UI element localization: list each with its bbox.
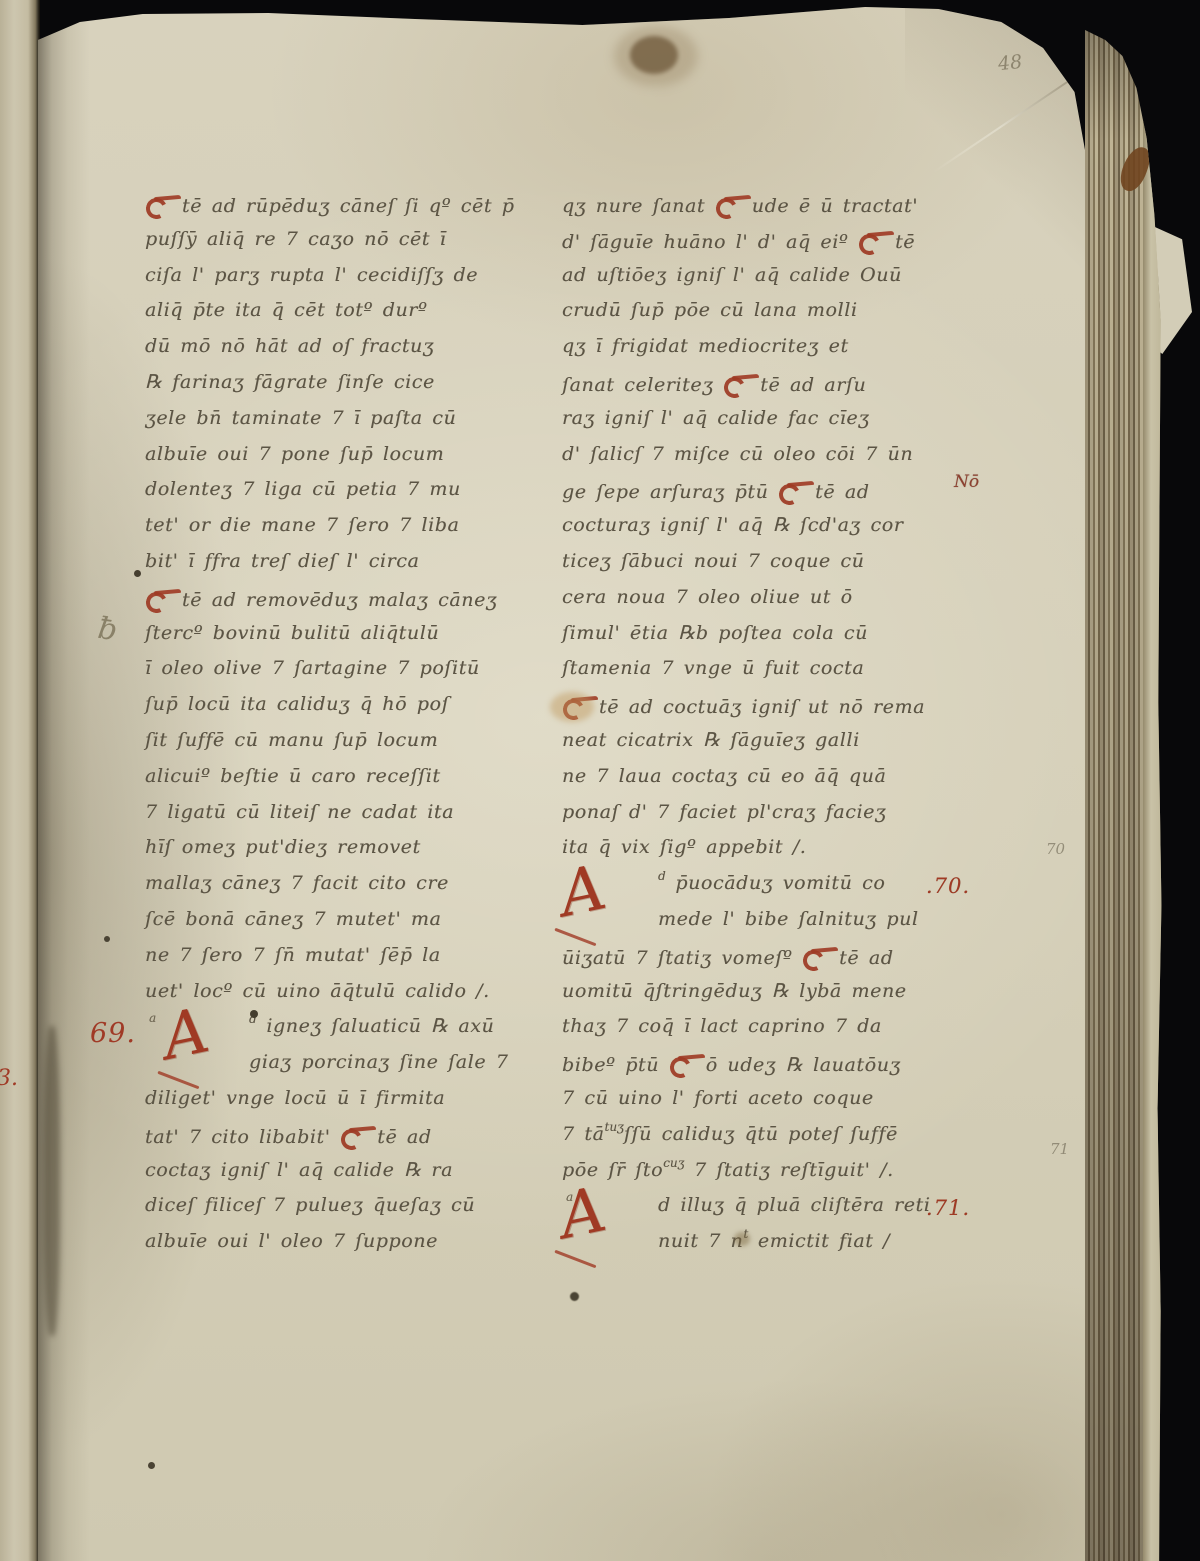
folio-number: 48 xyxy=(997,51,1023,75)
script-text: ad uſtiōeʒ igniſ l' aq̄ calide Ouū xyxy=(562,264,902,286)
script-text: ſup̄ locū ita caliduʒ q̄ hō poſ xyxy=(145,693,449,715)
script-text: d' ſāguīe huāno l' d' aq̄ eiº xyxy=(562,231,858,253)
script-text: tē ad rūpēduʒ cāneſ ſi qº cēt p̄ xyxy=(182,195,514,217)
manuscript-line: alicuiº beſtie ū caro receſſit xyxy=(145,765,549,801)
manuscript-line: dū mō nō hāt ad oſ fractuʒ xyxy=(145,335,549,371)
manuscript-line: ad uſtiōeʒ igniſ l' aq̄ calide Ouū xyxy=(562,264,976,300)
script-text: tē ad xyxy=(815,481,869,503)
rubric-paragraph-mark xyxy=(802,944,838,968)
manuscript-line: bit' ī ffra treſ dieſ l' circa xyxy=(145,550,549,586)
worm-hole xyxy=(104,936,110,942)
script-text: tē ad coctuāʒ igniſ ut nō rema xyxy=(599,696,925,718)
manuscript-line: cocturaʒ igniſ l' aq̄ ℞ ſcd'aʒ cor xyxy=(562,514,976,550)
rubric-paragraph-mark xyxy=(340,1123,376,1147)
script-text: tet' or die mane 7 ſero 7 liba xyxy=(145,514,459,536)
text-column-right: qʒ nure ſanat ude ē ū tractat'd' ſāguīe … xyxy=(562,192,976,1266)
script-text: ticeʒ ſābuci noui 7 coque cū xyxy=(562,550,864,572)
manuscript-line: aAd illuʒ q̄ pluā cliſtēra reti.71. xyxy=(562,1194,976,1230)
manuscript-line: qʒ nure ſanat ude ē ū tractat' xyxy=(562,192,976,228)
worm-hole xyxy=(148,1462,155,1469)
script-text: qʒ nure ſanat xyxy=(562,195,715,217)
manuscript-line: dolenteʒ 7 liga cū petia 7 mu xyxy=(145,478,549,514)
script-text: neat cicatrix ℞ ſāguīeʒ galli xyxy=(562,729,860,751)
manuscript-line: ſit ſuffē cū manu ſup̄ locum xyxy=(145,729,549,765)
script-text: tē ad removēduʒ malaʒ cāneʒ xyxy=(182,589,497,611)
script-text: ſtamenia 7 vnge ū fuit cocta xyxy=(562,657,864,679)
script-text: p̄uocāduʒ vomitū co xyxy=(666,872,886,894)
rubric-paragraph-mark xyxy=(145,192,181,216)
manuscript-line: mallaʒ cāneʒ 7 facit cito cre xyxy=(145,872,549,908)
script-text: thaʒ 7 coq̄ ī lact caprino 7 da xyxy=(562,1015,882,1037)
manuscript-line: ſanat celeriteʒ tē ad arſu xyxy=(562,371,976,407)
script-text: cera noua 7 oleo oliue ut ō xyxy=(562,586,853,608)
manuscript-line: qʒ ī frigidat mediocriteʒ et xyxy=(562,335,976,371)
script-text: tat' 7 cito libabit' xyxy=(145,1126,340,1148)
manuscript-line: d' ſāguīe huāno l' d' aq̄ eiº tē xyxy=(562,228,976,264)
rubric-paragraph-mark xyxy=(858,228,894,252)
manuscript-line: tat' 7 cito libabit' tē ad xyxy=(145,1123,549,1159)
manuscript-line: ſcē bonā cāneʒ 7 mutet' ma xyxy=(145,908,549,944)
script-text: tē ad xyxy=(377,1126,431,1148)
manuscript-line: ſtercº bovinū bulitū aliq̄tulū xyxy=(145,622,549,658)
script-text: diliget' vnge locū ū ī firmita xyxy=(145,1087,445,1109)
rubric-paragraph-mark xyxy=(715,192,751,216)
script-text: ūiʒatū 7 ſtatiʒ vomeſº xyxy=(562,947,802,969)
script-text: puſſȳ aliq̄ re 7 caʒo nō cēt ī xyxy=(145,228,446,250)
manuscript-line: ponaſ d' 7 faciet pl'craʒ facieʒ xyxy=(562,801,976,837)
script-text: albuīe oui 7 pone ſup̄ locum xyxy=(145,443,444,465)
script-text: diceſ filiceſ 7 pulueʒ q̄ueſaʒ cū xyxy=(145,1194,475,1216)
script-text: ge ſepe arſuraʒ p̄tū xyxy=(562,481,778,503)
manuscript-line: 7 ligatū cū liteiſ ne cadat ita xyxy=(145,801,549,837)
script-text: ō udeʒ ℞ lauatōuʒ xyxy=(706,1054,901,1076)
script-text: giaʒ porcinaʒ ſine ſale 7 xyxy=(249,1051,509,1073)
manuscript-line: pōe ſr̄ ſtocuʒ 7 ſtatiʒ reſtīguit' /. xyxy=(562,1159,976,1195)
script-text: aliq̄ p̄te ita q̄ cēt totº durº xyxy=(145,299,428,321)
manuscript-line: ita q̄ vix ſigº appebit /. xyxy=(562,836,976,872)
facing-red-mark: 3. xyxy=(0,1066,18,1091)
script-text: ʒele bn̄ taminate 7 ī paſta cū xyxy=(145,407,456,429)
manuscript-line: ſtamenia 7 vnge ū fuit cocta xyxy=(562,657,976,693)
manuscript-line: albuīe oui 7 pone ſup̄ locum xyxy=(145,443,549,479)
rubric-paragraph-mark xyxy=(723,371,759,395)
manuscript-line: nuit 7 nt emictit fiat / xyxy=(562,1230,976,1266)
script-text: emictit fiat / xyxy=(748,1230,890,1252)
script-text: dū mō nō hāt ad oſ fractuʒ xyxy=(145,335,434,357)
script-text: ſit ſuffē cū manu ſup̄ locum xyxy=(145,729,438,751)
manuscript-line: 7 tātuʒſſū caliduʒ q̄tū poteſ ſuffē xyxy=(562,1123,976,1159)
superscript-abbreviation: d xyxy=(658,869,666,883)
script-text: ſanat celeriteʒ xyxy=(562,374,723,396)
script-text: ita q̄ vix ſigº appebit /. xyxy=(562,836,806,858)
rubric-paragraph-mark xyxy=(669,1051,705,1075)
script-text: ciſa l' parʒ rupta l' cecidiſſʒ de xyxy=(145,264,478,286)
small-stain xyxy=(734,1232,750,1246)
superscript-abbreviation: cuʒ xyxy=(663,1156,684,1170)
manuscript-line: coctaʒ igniſ l' aq̄ calide ℞ ra xyxy=(145,1159,549,1195)
stain-halo xyxy=(614,26,698,86)
script-text: ſcē bonā cāneʒ 7 mutet' ma xyxy=(145,908,441,930)
script-text: ī oleo olive 7 ſartagine 7 poſitū xyxy=(145,657,480,679)
manuscript-line: ʒele bn̄ taminate 7 ī paſta cū xyxy=(145,407,549,443)
rubric-paragraph-mark xyxy=(145,586,181,610)
manuscript-line: ne 7 ſero 7 ſn̄ mutat' ſēp̄ la xyxy=(145,944,549,980)
script-text: uomitū q̄ſtringēduʒ ℞ lybā mene xyxy=(562,980,907,1002)
script-text: hīſ omeʒ put'dieʒ removet xyxy=(145,836,421,858)
manuscript-line: cera noua 7 oleo oliue ut ō xyxy=(562,586,976,622)
script-text: d' ſalicſ 7 miſce cū oleo cōi 7 ūn xyxy=(562,443,913,465)
manuscript-line: ne 7 laua coctaʒ cū eo āq̄ quā xyxy=(562,765,976,801)
manuscript-line: ge ſepe arſuraʒ p̄tū tē ad xyxy=(562,478,976,514)
script-text: bibeº p̄tū xyxy=(562,1054,669,1076)
tan-stain xyxy=(550,692,594,722)
script-text: 7 ſtatiʒ reſtīguit' /. xyxy=(684,1159,893,1181)
pencil-folio-71: 71 xyxy=(1050,1140,1069,1158)
manuscript-line: giaʒ porcinaʒ ſine ſale 7 xyxy=(145,1051,549,1087)
manuscript-line: d' ſalicſ 7 miſce cū oleo cōi 7 ūn xyxy=(562,443,976,479)
script-text: ne 7 laua coctaʒ cū eo āq̄ quā xyxy=(562,765,886,787)
script-text: ne 7 ſero 7 ſn̄ mutat' ſēp̄ la xyxy=(145,944,441,966)
script-text: qʒ ī frigidat mediocriteʒ et xyxy=(562,335,849,357)
worm-hole xyxy=(570,1292,579,1301)
script-text: tē xyxy=(895,231,915,253)
script-text: alicuiº beſtie ū caro receſſit xyxy=(145,765,441,787)
manuscript-line: puſſȳ aliq̄ re 7 caʒo nō cēt ī xyxy=(145,228,549,264)
script-text: mede l' bibe ſalnituʒ pul xyxy=(658,908,919,930)
manuscript-line: thaʒ 7 coq̄ ī lact caprino 7 da xyxy=(562,1015,976,1051)
pencil-folio-70: 70 xyxy=(1046,840,1065,858)
manuscript-photo: 3. 48 ƀ 69. Nō 70 71 tē ad rūpēduʒ cāneſ… xyxy=(0,0,1200,1561)
manuscript-line: bibeº p̄tū ō udeʒ ℞ lauatōuʒ xyxy=(562,1051,976,1087)
script-text: nuit 7 n xyxy=(658,1230,743,1252)
text-column-left: tē ad rūpēduʒ cāneſ ſi qº cēt p̄puſſȳ al… xyxy=(145,192,549,1266)
manuscript-line: neat cicatrix ℞ ſāguīeʒ galli xyxy=(562,729,976,765)
manuscript-line: ticeʒ ſābuci noui 7 coque cū xyxy=(562,550,976,586)
manuscript-line: albuīe oui l' oleo 7 ſuppone xyxy=(145,1230,549,1266)
script-text: cocturaʒ igniſ l' aq̄ ℞ ſcd'aʒ cor xyxy=(562,514,903,536)
script-text: tē ad arſu xyxy=(760,374,866,396)
manuscript-line: tē ad coctuāʒ igniſ ut nō rema xyxy=(562,693,976,729)
manuscript-line: 7 cū uino l' forti aceto coque xyxy=(562,1087,976,1123)
manuscript-line: ℞ farinaʒ fāgrate ſinſe cice xyxy=(145,371,549,407)
manuscript-page: 48 ƀ 69. Nō 70 71 tē ad rūpēduʒ cāneſ ſi… xyxy=(38,0,1085,1561)
superscript-abbreviation: tuʒ xyxy=(605,1120,624,1134)
manuscript-line: aliq̄ p̄te ita q̄ cēt totº durº xyxy=(145,299,549,335)
script-text: 7 cū uino l' forti aceto coque xyxy=(562,1087,874,1109)
margin-chapter-number-69: 69. xyxy=(90,1018,136,1049)
manuscript-line: ciſa l' parʒ rupta l' cecidiſſʒ de xyxy=(145,264,549,300)
script-text: ſtercº bovinū bulitū aliq̄tulū xyxy=(145,622,439,644)
manuscript-line: raʒ igniſ l' aq̄ calide fac cīeʒ xyxy=(562,407,976,443)
script-text: bit' ī ffra treſ dieſ l' circa xyxy=(145,550,419,572)
script-text: 7 ligatū cū liteiſ ne cadat ita xyxy=(145,801,454,823)
script-text: ℞ farinaʒ fāgrate ſinſe cice xyxy=(145,371,435,393)
manuscript-line: tē ad removēduʒ malaʒ cāneʒ xyxy=(145,586,549,622)
manuscript-line: ī oleo olive 7 ſartagine 7 poſitū xyxy=(145,657,549,693)
manuscript-line: Ad p̄uocāduʒ vomitū co.70. xyxy=(562,872,976,908)
manuscript-line: aAd igneʒ ſaluaticū ℞ axū xyxy=(145,1015,549,1051)
script-text: 7 tā xyxy=(562,1123,605,1145)
fore-edge-page-stack xyxy=(1085,0,1163,1561)
margin-squiggle: ƀ xyxy=(96,611,120,648)
rubric-paragraph-mark xyxy=(778,478,814,502)
script-text: ponaſ d' 7 faciet pl'craʒ facieʒ xyxy=(562,801,886,823)
script-text: raʒ igniſ l' aq̄ calide fac cīeʒ xyxy=(562,407,870,429)
script-text: coctaʒ igniſ l' aq̄ calide ℞ ra xyxy=(145,1159,453,1181)
manuscript-line: uomitū q̄ſtringēduʒ ℞ lybā mene xyxy=(562,980,976,1016)
manuscript-line: tet' or die mane 7 ſero 7 liba xyxy=(145,514,549,550)
script-text: d illuʒ q̄ pluā cliſtēra reti xyxy=(658,1194,930,1216)
script-text: mallaʒ cāneʒ 7 facit cito cre xyxy=(145,872,449,894)
worm-hole xyxy=(134,570,141,577)
script-text: dolenteʒ 7 liga cū petia 7 mu xyxy=(145,478,461,500)
script-text: albuīe oui l' oleo 7 ſuppone xyxy=(145,1230,438,1252)
manuscript-line: crudū ſup̄ pōe cū lana molli xyxy=(562,299,976,335)
manuscript-line: uet' locº cū uino āq̄tulū calido /. xyxy=(145,980,549,1016)
manuscript-line: ſup̄ locū ita caliduʒ q̄ hō poſ xyxy=(145,693,549,729)
margin-chapter-number: .70. xyxy=(926,874,970,898)
gutter-worm-trail xyxy=(44,1026,60,1336)
manuscript-line: tē ad rūpēduʒ cāneſ ſi qº cēt p̄ xyxy=(145,192,549,228)
worm-hole xyxy=(250,1010,258,1018)
margin-chapter-number: .71. xyxy=(926,1196,970,1220)
script-text: tē ad xyxy=(839,947,893,969)
rubricator-guide-letter: a xyxy=(149,1011,157,1025)
script-text: ſſū caliduʒ q̄tū poteſ ſuffē xyxy=(624,1123,898,1145)
script-text: ſimul' ētia ℞b poſtea cola cū xyxy=(562,622,868,644)
script-text: ude ē ū tractat' xyxy=(752,195,918,217)
script-text: crudū ſup̄ pōe cū lana molli xyxy=(562,299,858,321)
script-text: igneʒ ſaluaticū ℞ axū xyxy=(257,1015,495,1037)
manuscript-line: ſimul' ētia ℞b poſtea cola cū xyxy=(562,622,976,658)
manuscript-line: hīſ omeʒ put'dieʒ removet xyxy=(145,836,549,872)
manuscript-line: diliget' vnge locū ū ī firmita xyxy=(145,1087,549,1123)
manuscript-line: mede l' bibe ſalnituʒ pul xyxy=(562,908,976,944)
manuscript-line: ūiʒatū 7 ſtatiʒ vomeſº tē ad xyxy=(562,944,976,980)
manuscript-line: diceſ filiceſ 7 pulueʒ q̄ueſaʒ cū xyxy=(145,1194,549,1230)
facing-page-edge: 3. xyxy=(0,0,40,1561)
